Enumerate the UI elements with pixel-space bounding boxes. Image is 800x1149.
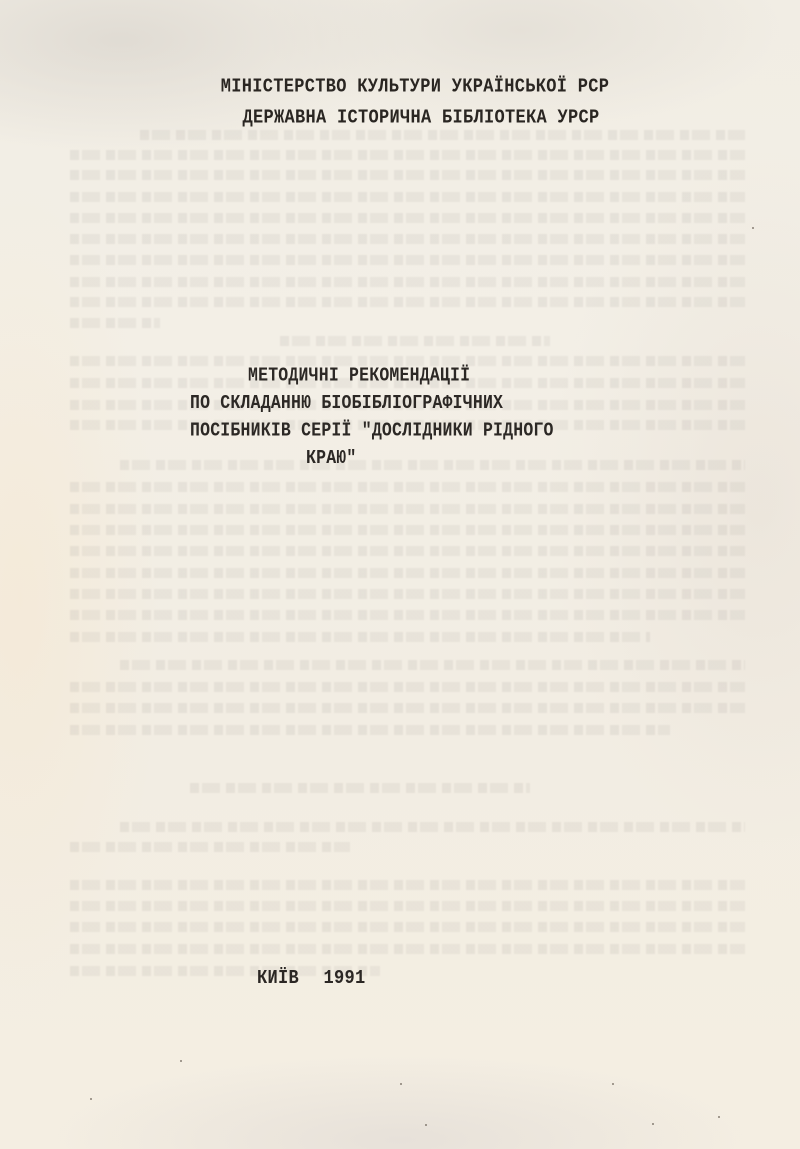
imprint-city: КИЇВ <box>257 968 299 990</box>
paper-speck <box>425 1124 427 1126</box>
document-page: МІНІСТЕРСТВО КУЛЬТУРИ УКРАЇНСЬКОЇ РСР ДЕ… <box>0 0 800 1149</box>
imprint: КИЇВ 1991 <box>257 968 366 990</box>
title-line: КРАЮ" <box>306 445 800 473</box>
title-line: МЕТОДИЧНІ РЕКОМЕНДАЦІЇ <box>248 362 800 390</box>
title-line: ПОСІБНИКІВ СЕРІЇ "ДОСЛІДНИКИ РІДНОГО <box>190 417 800 445</box>
letterhead: МІНІСТЕРСТВО КУЛЬТУРИ УКРАЇНСЬКОЇ РСР ДЕ… <box>0 72 800 134</box>
library-name: ДЕРЖАВНА ІСТОРИЧНА БІБЛІОТЕКА УРСР <box>42 103 800 134</box>
imprint-year: 1991 <box>324 968 366 990</box>
title-line: ПО СКЛАДАННЮ БІОБІБЛІОГРАФІЧНИХ <box>190 390 800 418</box>
paper-speck <box>652 1123 654 1125</box>
paper-speck <box>90 1098 92 1100</box>
ministry-name: МІНІСТЕРСТВО КУЛЬТУРИ УКРАЇНСЬКОЇ РСР <box>30 72 800 103</box>
paper-speck <box>180 1060 182 1062</box>
paper-speck <box>718 1116 720 1118</box>
paper-speck <box>612 1083 614 1085</box>
paper-speck <box>752 227 754 229</box>
document-title: МЕТОДИЧНІ РЕКОМЕНДАЦІЇ ПО СКЛАДАННЮ БІОБ… <box>0 362 800 472</box>
paper-speck <box>400 1083 402 1085</box>
